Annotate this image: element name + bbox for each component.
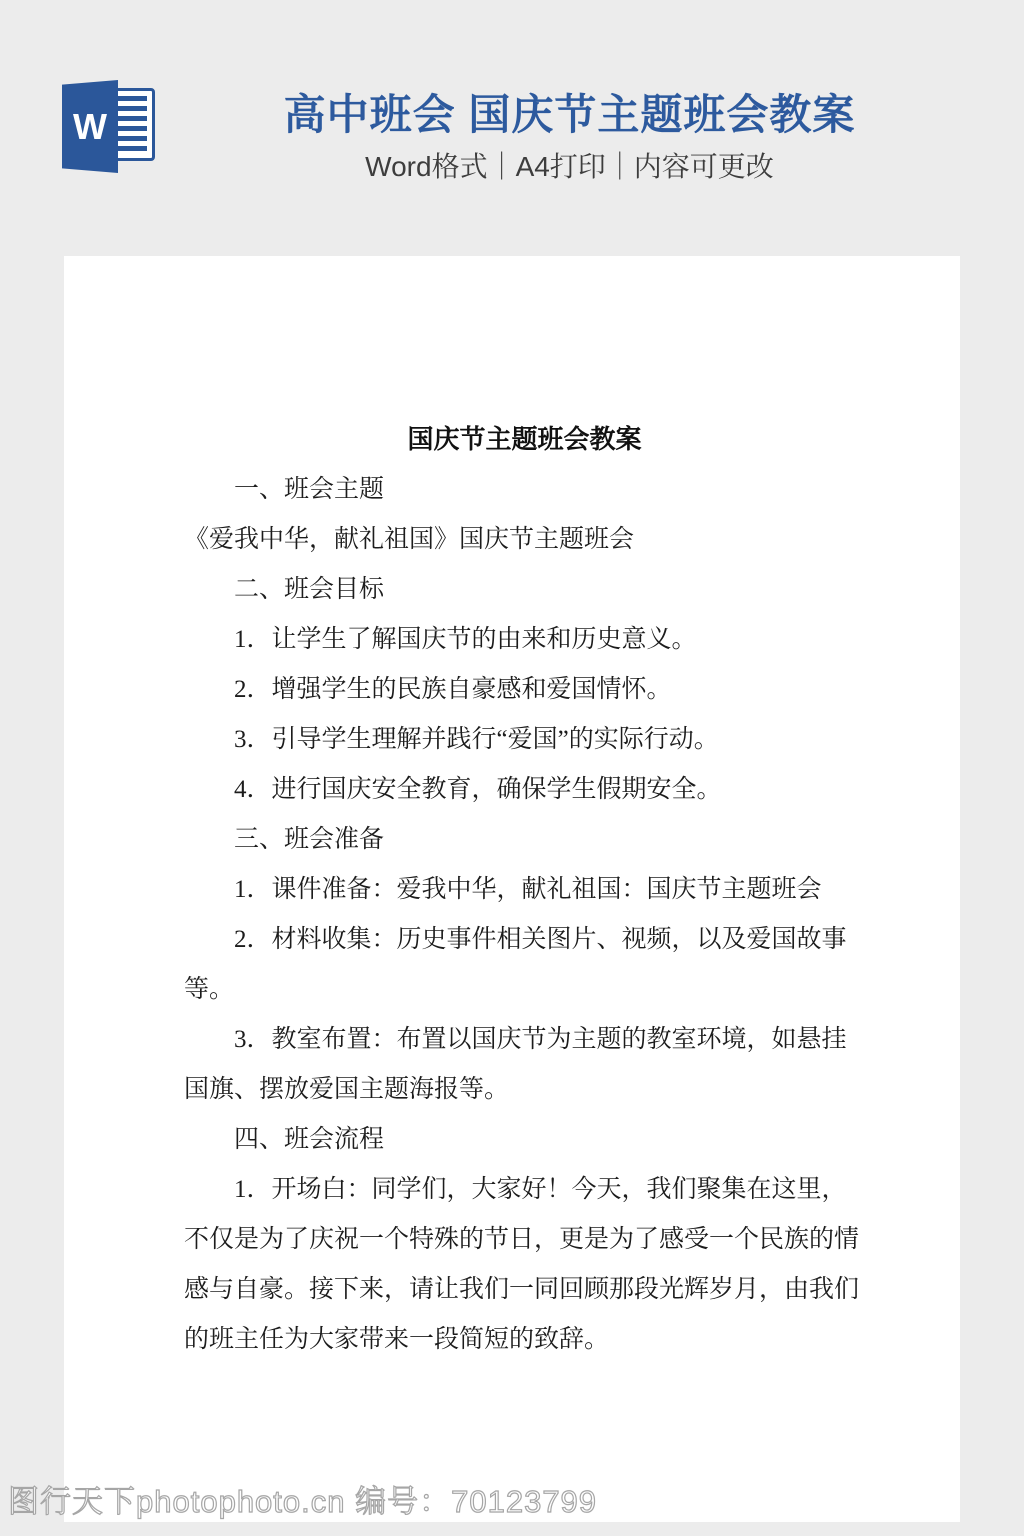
document-line: 的班主任为大家带来一段简短的致辞。 (184, 1315, 920, 1365)
document-line: 感与自豪。接下来，请让我们一同回顾那段光辉岁月，由我们 (184, 1265, 920, 1315)
document-line: 3．引导学生理解并践行“爱国”的实际行动。 (184, 715, 920, 765)
word-icon-letter: W (73, 106, 107, 148)
document-line: 二、班会目标 (184, 565, 920, 615)
document-title: 国庆节主题班会教案 (184, 415, 865, 465)
document-line: 1．课件准备：爱我中华，献礼祖国：国庆节主题班会 (184, 865, 920, 915)
watermark-text: 图行天下photophoto.cn 编号：70123799 (8, 1483, 597, 1521)
document-line: 2．材料收集：历史事件相关图片、视频，以及爱国故事 (184, 915, 920, 965)
document-line: 3．教室布置：布置以国庆节为主题的教室环境，如悬挂 (184, 1015, 920, 1065)
word-icon-fold: W (62, 80, 118, 173)
document-line: 1．开场白：同学们，大家好！今天，我们聚集在这里， (184, 1165, 920, 1215)
header-text: 高中班会 国庆节主题班会教案 Word格式｜A4打印｜内容可更改 (115, 0, 1024, 184)
document-body: 一、班会主题《爱我中华，献礼祖国》国庆节主题班会二、班会目标1．让学生了解国庆节… (64, 465, 960, 1365)
document-line: 等。 (184, 965, 920, 1015)
document-line: 四、班会流程 (184, 1115, 920, 1165)
document-line: 国旗、摆放爱国主题海报等。 (184, 1065, 920, 1115)
document-page: 国庆节主题班会教案 一、班会主题《爱我中华，献礼祖国》国庆节主题班会二、班会目标… (64, 256, 960, 1522)
document-line: 一、班会主题 (184, 465, 920, 515)
document-line: 不仅是为了庆祝一个特殊的节日，更是为了感受一个民族的情 (184, 1215, 920, 1265)
document-line: 1．让学生了解国庆节的由来和历史意义。 (184, 615, 920, 665)
document-line: 4．进行国庆安全教育，确保学生假期安全。 (184, 765, 920, 815)
document-line: 《爱我中华，献礼祖国》国庆节主题班会 (184, 515, 920, 565)
document-line: 2．增强学生的民族自豪感和爱国情怀。 (184, 665, 920, 715)
page-subtitle: Word格式｜A4打印｜内容可更改 (115, 150, 1024, 184)
header: W 高中班会 国庆节主题班会教案 Word格式｜A4打印｜内容可更改 (0, 0, 1024, 256)
document-line: 三、班会准备 (184, 815, 920, 865)
page-canvas: W 高中班会 国庆节主题班会教案 Word格式｜A4打印｜内容可更改 国庆节主题… (0, 0, 1024, 1536)
page-title: 高中班会 国庆节主题班会教案 (115, 90, 1024, 140)
